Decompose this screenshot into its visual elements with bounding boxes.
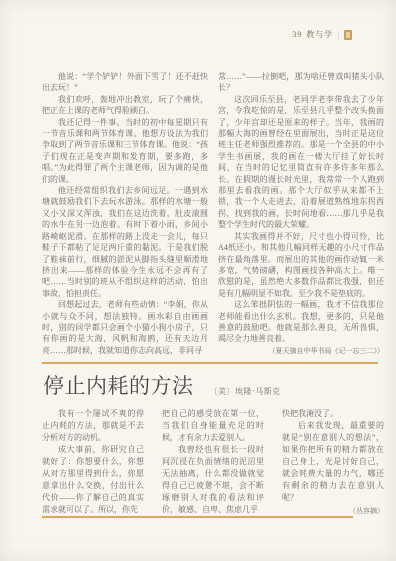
bottom-article: 我有一个屡试不爽的停止内耗的方法，那就是不去分析对方的动机。 成大事前，你研究自… (42, 408, 384, 517)
paragraph: 成大事前，你研究自己就好了：你想要什么，你想从对方那里得到什么，你愿意拿出什么交… (42, 444, 144, 516)
page-header: 39 教与学 | (292, 29, 352, 40)
bottom-article-column-2: 把自己的感受放在第一位，当我们自身能量充足的时候，才有余力去爱别人。 我曾经也有… (162, 408, 264, 517)
article-author: 〔美〕埃隆·马斯克 (210, 386, 281, 401)
bottom-article-column-1: 我有一个屡试不爽的停止内耗的方法，那就是不去分析对方的动机。 成大事前，你研究自… (42, 408, 144, 517)
paragraph: 这么笨拙阴怯的一幅画，我才不信我那位老师能看出什么玄机。我想，更多的，只是他善意… (218, 299, 384, 345)
paragraph: 他说：“学个铲铲！外面下雪了！还不赶快出去玩！” (42, 71, 208, 94)
paragraph: 我还记得一件事。当时的初中每星期只有一节音乐课和两节体育课。他想方设法为我们争取… (42, 117, 208, 185)
paragraph: 把自己的感受放在第一位，当我们自身能量充足的时候，才有余力去爱别人。 (162, 408, 264, 444)
paragraph: 常……”——拉倒吧，那为啥还曾戏叫猪头小队长？ (218, 71, 384, 94)
bottom-article-column-3: 快把我淹没了。 后来我发现，最重要的就是“别在意别人的想法”，如果你把所有的精力… (282, 408, 384, 517)
paragraph: 他还经常组织我们去乡间远足。一遇到水塘就鼓励我们下去玩水游泳。那样的水塘一般又小… (42, 185, 208, 299)
section-title: 教与学 (306, 29, 333, 40)
footer-divider (42, 516, 353, 518)
paragraph: 回想起过去，老师有些动情：“李娟，你从小就与众不同，想法独特。画水彩自由画画时，… (42, 299, 208, 356)
section-divider (42, 362, 378, 364)
top-article: 他说：“学个铲铲！外面下雪了！还不赶快出去玩！” 我们欢呼，轰地冲出教室，玩了个… (42, 71, 384, 357)
paragraph: 后来我发现，最重要的就是“别在意别人的想法”，如果你把所有的精力都放在自己身上，… (282, 420, 384, 504)
paragraph: 其实我画得并不好，尺寸也小得可怜，比A4纸还小。和其他几幅同样无趣的小尺寸作品挤… (218, 231, 384, 299)
page-number: 39 (292, 30, 302, 39)
paragraph: 这次回乐至县，老同学老李带我去了少年宫，令我吃惊的是，乐至县几乎整个改头换面了，… (218, 94, 384, 231)
paragraph: 我有一个屡试不爽的停止内耗的方法，那就是不去分析对方的动机。 (42, 408, 144, 444)
magazine-page: 39 教与学 | 他说：“学个铲铲！外面下雪了！还不赶快出去玩！” 我们欢呼，轰… (0, 0, 396, 561)
source-attribution: （夏天摘自中华书局《记一忘三二》） (218, 346, 384, 357)
article-title-block: 停止内耗的方法 〔美〕埃隆·马斯克 (43, 371, 281, 401)
paragraph: 快把我淹没了。 (282, 408, 384, 420)
top-article-right-column: 常……”——拉倒吧，那为啥还曾戏叫猪头小队长？ 这次回乐至县，老同学老李带我去了… (218, 71, 384, 357)
paragraph: 我们欢呼，轰地冲出教室，玩了个痛快，把正在上课的老师气得脸刷白。 (42, 94, 208, 117)
magazine-logo-icon (344, 30, 352, 40)
paragraph: 我曾经也有很长一段时间沉浸在负面情绪的泥沼里无法抽离，什么都没做就觉得自己已疲惫… (162, 444, 264, 516)
top-article-left-column: 他说：“学个铲铲！外面下雪了！还不赶快出去玩！” 我们欢呼，轰地冲出教室，玩了个… (42, 71, 208, 357)
article-title: 停止内耗的方法 (43, 371, 194, 401)
header-separator: | (338, 30, 340, 40)
